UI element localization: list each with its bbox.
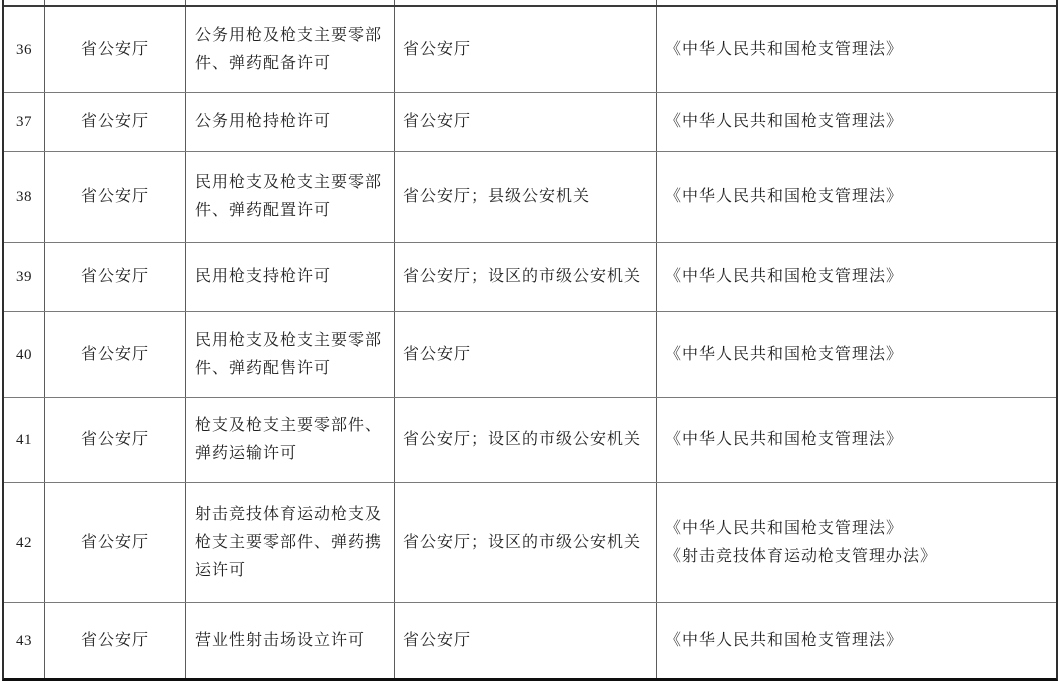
permit-item-cell: 营业性射击场设立许可 [186,603,395,678]
partial-cell [657,0,1056,5]
legal-basis-line: 《中华人民共和国枪支管理法》 [665,263,1052,291]
legal-basis-cell: 《中华人民共和国枪支管理法》 [657,152,1056,242]
table-row: 40 省公安厅 民用枪支及枪支主要零部 件、弹药配售许可 省公安厅 《中华人民共… [4,312,1056,398]
legal-basis-line: 《中华人民共和国枪支管理法》 [665,627,1052,655]
partial-cell [45,0,186,5]
row-number: 36 [4,7,45,92]
permit-item-line: 枪支主要零部件、弹药携 [195,529,388,557]
table-row: 41 省公安厅 枪支及枪支主要零部件、 弹药运输许可 省公安厅；设区的市级公安机… [4,398,1056,483]
legal-basis-line: 《射击竞技体育运动枪支管理办法》 [665,543,1052,571]
legal-basis-cell: 《中华人民共和国枪支管理法》 [657,398,1056,482]
table-row: 39 省公安厅 民用枪支持枪许可 省公安厅；设区的市级公安机关 《中华人民共和国… [4,243,1056,312]
permit-item-line: 弹药运输许可 [195,440,388,468]
row-number: 38 [4,152,45,242]
legal-basis-line: 《中华人民共和国枪支管理法》 [665,515,1052,543]
table-row: 37 省公安厅 公务用枪持枪许可 省公安厅 《中华人民共和国枪支管理法》 [4,93,1056,152]
department-cell: 省公安厅 [45,7,186,92]
legal-basis-cell: 《中华人民共和国枪支管理法》 《射击竞技体育运动枪支管理办法》 [657,483,1056,602]
permit-item-cell: 民用枪支及枪支主要零部 件、弹药配售许可 [186,312,395,397]
permit-item-cell: 公务用枪持枪许可 [186,93,395,151]
table-row: 36 省公安厅 公务用枪及枪支主要零部 件、弹药配备许可 省公安厅 《中华人民共… [4,7,1056,93]
partial-cell [4,0,45,5]
permit-item-line: 民用枪支及枪支主要零部 [195,169,388,197]
agency-cell: 省公安厅；设区的市级公安机关 [395,398,657,482]
permit-item-line: 公务用枪持枪许可 [195,108,388,136]
permit-item-cell: 公务用枪及枪支主要零部 件、弹药配备许可 [186,7,395,92]
department-cell: 省公安厅 [45,152,186,242]
legal-basis-cell: 《中华人民共和国枪支管理法》 [657,312,1056,397]
permits-table: 36 省公安厅 公务用枪及枪支主要零部 件、弹药配备许可 省公安厅 《中华人民共… [2,0,1058,681]
permit-item-line: 枪支及枪支主要零部件、 [195,412,388,440]
legal-basis-line: 《中华人民共和国枪支管理法》 [665,36,1052,64]
table-row-partial [4,0,1056,7]
department-cell: 省公安厅 [45,312,186,397]
department-cell: 省公安厅 [45,243,186,311]
legal-basis-line: 《中华人民共和国枪支管理法》 [665,341,1052,369]
row-number: 39 [4,243,45,311]
department-cell: 省公安厅 [45,398,186,482]
agency-cell: 省公安厅 [395,7,657,92]
legal-basis-line: 《中华人民共和国枪支管理法》 [665,183,1052,211]
partial-cell [395,0,657,5]
permit-item-line: 公务用枪及枪支主要零部 [195,22,388,50]
department-cell: 省公安厅 [45,603,186,678]
row-number: 40 [4,312,45,397]
partial-cell [186,0,395,5]
permit-item-line: 射击竞技体育运动枪支及 [195,501,388,529]
legal-basis-cell: 《中华人民共和国枪支管理法》 [657,7,1056,92]
table-row: 42 省公安厅 射击竞技体育运动枪支及 枪支主要零部件、弹药携 运许可 省公安厅… [4,483,1056,603]
permit-item-line: 件、弹药配置许可 [195,197,388,225]
table-row: 38 省公安厅 民用枪支及枪支主要零部 件、弹药配置许可 省公安厅；县级公安机关… [4,152,1056,243]
agency-cell: 省公安厅；县级公安机关 [395,152,657,242]
agency-cell: 省公安厅；设区的市级公安机关 [395,483,657,602]
permit-item-cell: 民用枪支及枪支主要零部 件、弹药配置许可 [186,152,395,242]
row-number: 41 [4,398,45,482]
permit-item-line: 民用枪支及枪支主要零部 [195,327,388,355]
permit-item-cell: 民用枪支持枪许可 [186,243,395,311]
department-cell: 省公安厅 [45,483,186,602]
document-page: 36 省公安厅 公务用枪及枪支主要零部 件、弹药配备许可 省公安厅 《中华人民共… [0,0,1060,684]
agency-cell: 省公安厅；设区的市级公安机关 [395,243,657,311]
agency-cell: 省公安厅 [395,603,657,678]
legal-basis-cell: 《中华人民共和国枪支管理法》 [657,93,1056,151]
table-row: 43 省公安厅 营业性射击场设立许可 省公安厅 《中华人民共和国枪支管理法》 [4,603,1056,678]
agency-cell: 省公安厅 [395,93,657,151]
permit-item-line: 民用枪支持枪许可 [195,263,388,291]
row-number: 37 [4,93,45,151]
agency-cell: 省公安厅 [395,312,657,397]
permit-item-cell: 射击竞技体育运动枪支及 枪支主要零部件、弹药携 运许可 [186,483,395,602]
permit-item-line: 件、弹药配备许可 [195,50,388,78]
legal-basis-line: 《中华人民共和国枪支管理法》 [665,426,1052,454]
department-cell: 省公安厅 [45,93,186,151]
row-number: 43 [4,603,45,678]
permit-item-line: 运许可 [195,557,388,585]
permit-item-cell: 枪支及枪支主要零部件、 弹药运输许可 [186,398,395,482]
permit-item-line: 件、弹药配售许可 [195,355,388,383]
permit-item-line: 营业性射击场设立许可 [195,627,388,655]
row-number: 42 [4,483,45,602]
legal-basis-line: 《中华人民共和国枪支管理法》 [665,108,1052,136]
legal-basis-cell: 《中华人民共和国枪支管理法》 [657,243,1056,311]
legal-basis-cell: 《中华人民共和国枪支管理法》 [657,603,1056,678]
